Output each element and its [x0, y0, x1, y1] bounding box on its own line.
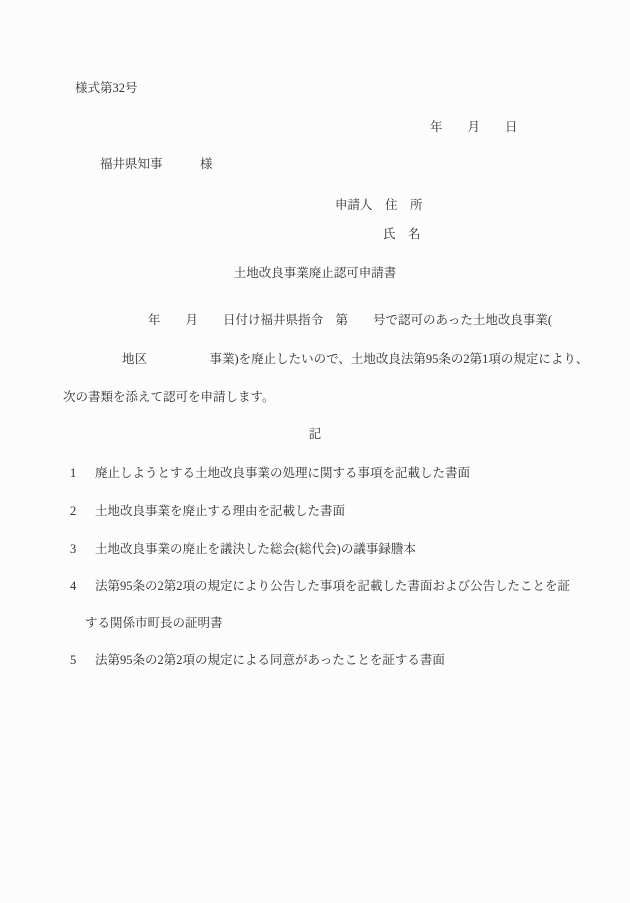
list-item-4-continuation: する関係市町長の証明書 — [85, 613, 223, 633]
document-title: 土地改良事業廃止認可申請書 — [0, 263, 630, 283]
date-line: 年 月 日 — [430, 117, 518, 137]
list-header-ki: 記 — [0, 424, 630, 444]
list-item-1: 1廃止しようとする土地改良事業の処理に関する事項を記載した書面 — [70, 463, 470, 483]
form-number: 様式第32号 — [75, 78, 138, 98]
list-item-2-text: 土地改良事業を廃止する理由を記載した書面 — [95, 504, 345, 518]
applicant-name-label: 氏 名 — [383, 224, 421, 244]
body-line-2: 地区 事業)を廃止したいので、土地改良法第95条の2第1項の規定により、 — [122, 349, 588, 369]
applicant-address-label: 申請人 住 所 — [335, 195, 423, 215]
list-item-5: 5法第95条の2第2項の規定による同意があったことを証する書面 — [70, 650, 445, 670]
list-item-2: 2土地改良事業を廃止する理由を記載した書面 — [70, 501, 345, 521]
body-line-3: 次の書類を添えて認可を申請します。 — [63, 387, 275, 407]
document-page: 様式第32号 年 月 日 福井県知事 様 申請人 住 所 氏 名 土地改良事業廃… — [0, 0, 630, 903]
list-item-1-text: 廃止しようとする土地改良事業の処理に関する事項を記載した書面 — [95, 466, 470, 480]
list-item-4: 4法第95条の2第2項の規定により公告した事項を記載した書面および公告したことを… — [70, 576, 570, 596]
list-item-4-text: 法第95条の2第2項の規定により公告した事項を記載した書面および公告したことを証 — [95, 579, 570, 593]
addressee-line: 福井県知事 様 — [100, 154, 213, 174]
list-item-5-number: 5 — [70, 650, 95, 670]
list-item-3: 3土地改良事業の廃止を議決した総会(総代会)の議事録謄本 — [70, 539, 416, 559]
list-item-1-number: 1 — [70, 463, 95, 483]
list-item-3-number: 3 — [70, 539, 95, 559]
list-item-4-number: 4 — [70, 576, 95, 596]
body-line-1: 年 月 日付け福井県指令 第 号で認可のあった土地改良事業( — [148, 310, 552, 330]
list-item-2-number: 2 — [70, 501, 95, 521]
list-item-5-text: 法第95条の2第2項の規定による同意があったことを証する書面 — [95, 653, 445, 667]
list-item-3-text: 土地改良事業の廃止を議決した総会(総代会)の議事録謄本 — [95, 542, 416, 556]
